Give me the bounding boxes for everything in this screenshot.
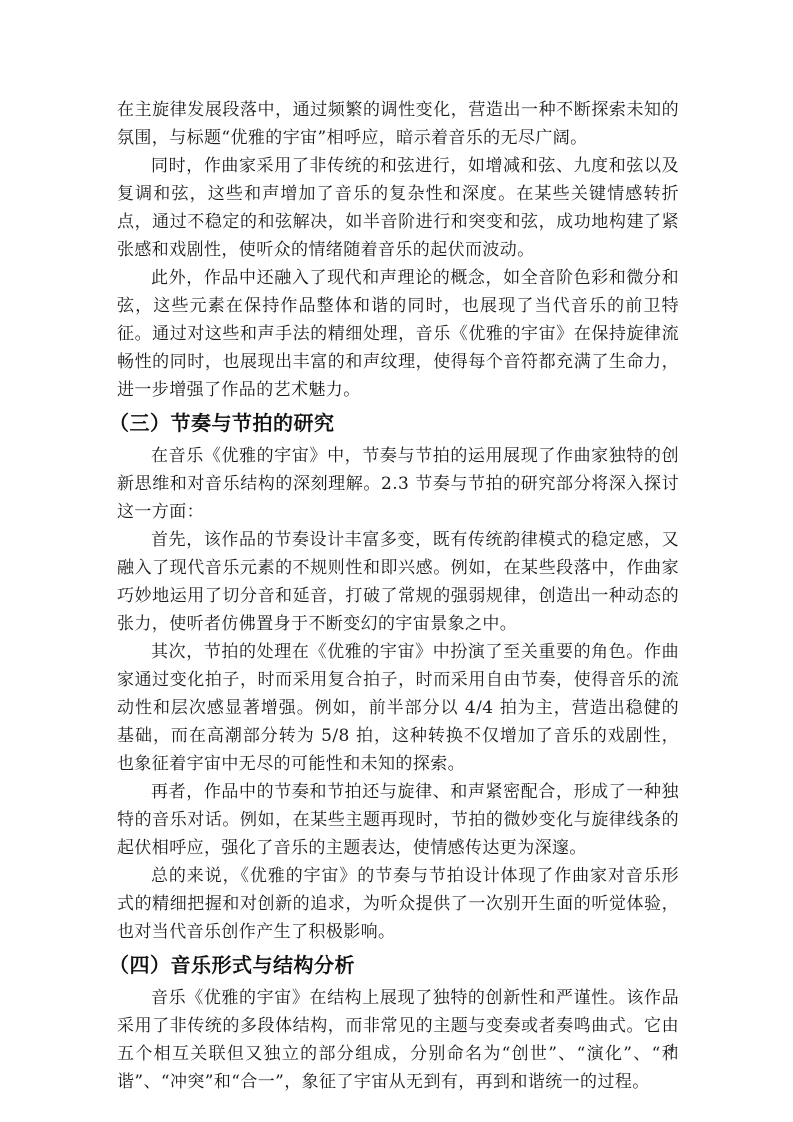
body-paragraph: 在主旋律发展段落中，通过频繁的调性变化，营造出一种不断探索未知的氛围，与标题“优… (117, 96, 679, 152)
body-paragraph: 首先，该作品的节奏设计丰富多变，既有传统韵律模式的稳定感，又融入了现代音乐元素的… (117, 526, 679, 638)
body-paragraph: 其次，节拍的处理在《优雅的宇宙》中扮演了至关重要的角色。作曲家通过变化拍子，时而… (117, 638, 679, 778)
section-heading-form-structure: （四）音乐形式与结构分析 (109, 951, 679, 979)
body-paragraph: 在音乐《优雅的宇宙》中，节奏与节拍的运用展现了作曲家独特的创新思维和对音乐结构的… (117, 442, 679, 526)
body-paragraph: 音乐《优雅的宇宙》在结构上展现了独特的创新性和严谨性。该作品采用了非传统的多段体… (117, 984, 679, 1096)
page-number: 4 (668, 1040, 675, 1056)
body-paragraph: 总的来说，《优雅的宇宙》的节奏与节拍设计体现了作曲家对音乐形式的精细把握和对创新… (117, 862, 679, 946)
body-paragraph: 同时，作曲家采用了非传统的和弦进行，如增减和弦、九度和弦以及复调和弦，这些和声增… (117, 152, 679, 264)
body-paragraph: 再者，作品中的节奏和节拍还与旋律、和声紧密配合，形成了一种独特的音乐对话。例如，… (117, 778, 679, 862)
body-paragraph: 此外，作品中还融入了现代和声理论的概念，如全音阶色彩和微分和弦，这些元素在保持作… (117, 264, 679, 404)
document-page: 在主旋律发展段落中，通过频繁的调性变化，营造出一种不断探索未知的氛围，与标题“优… (117, 96, 679, 1096)
section-heading-rhythm-meter: （三）节奏与节拍的研究 (109, 409, 679, 437)
